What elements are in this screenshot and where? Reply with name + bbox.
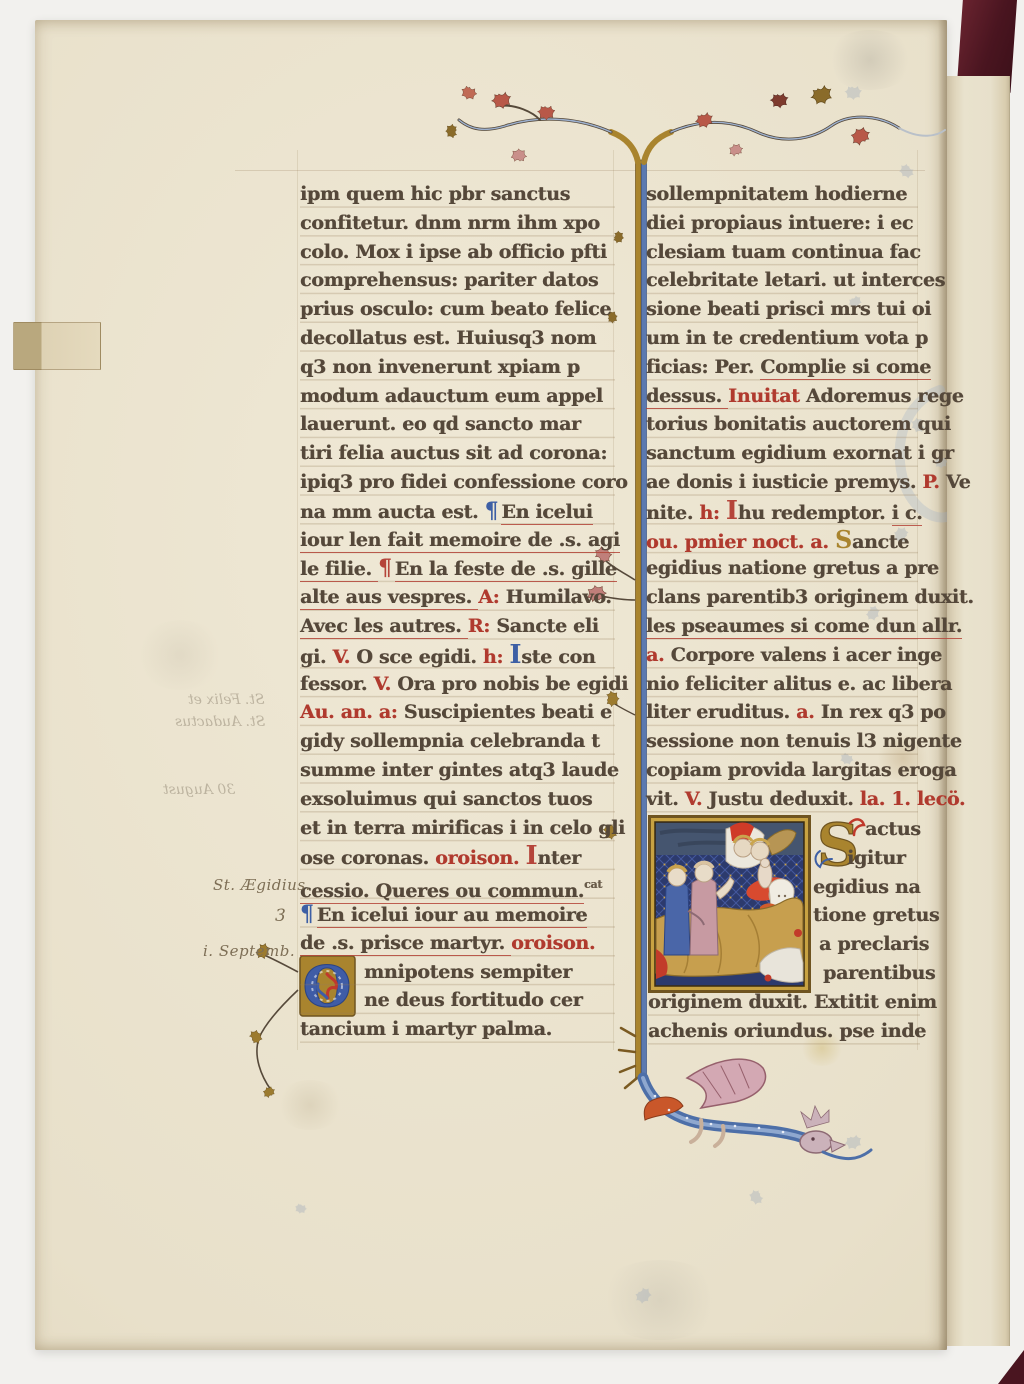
- showthrough-note: St. Felix et: [188, 692, 265, 708]
- manuscript-text-line: et in terra mirificas i in celo gli: [300, 814, 615, 843]
- text-segment: de .s. prisce martyr.: [300, 932, 511, 956]
- text-segment: I: [509, 640, 521, 670]
- manuscript-text-line: les pseaumes si come dun allr.: [646, 612, 918, 641]
- manuscript-text-line: sollempnitatem hodierne: [646, 180, 918, 209]
- manuscript-text-line: liter eruditus. a. In rex q3 po: [646, 698, 918, 727]
- miniature-birth-of-st-giles: [648, 815, 811, 993]
- manuscript-text-line: gidy sollempnia celebranda t: [300, 727, 615, 756]
- manuscript-text-line: cessio. Queres ou commun.cat: [300, 871, 615, 900]
- parchment-bookmark-tab: [13, 322, 101, 370]
- text-segment: egidius natione gretus a pre: [646, 557, 939, 579]
- text-segment: V.: [333, 646, 357, 668]
- manuscript-text-line: le filie. ¶En la feste de .s. gille: [300, 554, 615, 583]
- text-segment: ipm quem hic pbr sanctus: [300, 183, 570, 205]
- showthrough-note: St. Audactus: [175, 714, 265, 730]
- ruling-line: [297, 150, 298, 1050]
- manuscript-text-line: colo. Mox i ipse ab officio pfti: [300, 238, 615, 267]
- text-segment: ¶: [378, 555, 392, 581]
- text-segment: Suscipientes beati e: [404, 701, 612, 723]
- text-segment: torius bonitatis auctorem qui: [646, 413, 951, 435]
- text-segment: Corpore valens i acer inge: [671, 644, 942, 666]
- text-segment: sollempnitatem hodierne: [646, 183, 907, 205]
- manuscript-text-line: na mm aucta est. ¶En icelui: [300, 497, 615, 526]
- text-segment: lauerunt. eo qd sancto mar: [300, 413, 581, 435]
- left-text-column: ipm quem hic pbr sanctusconfitetur. dnm …: [300, 180, 615, 1044]
- text-segment: sione beati prisci mrs tui oi: [646, 298, 931, 320]
- text-segment: Adoremus rege: [806, 385, 964, 407]
- text-segment: V.: [373, 673, 397, 695]
- text-segment: achenis oriundus. pse inde: [648, 1020, 926, 1042]
- manuscript-text-line: fessor. V. Ora pro nobis be egidi: [300, 670, 615, 699]
- margin-flourish-mark: 3: [275, 906, 286, 926]
- manuscript-text-line: ipiq3 pro fidei confessione coro: [300, 468, 615, 497]
- manuscript-text-line: ose coronas. oroison. Inter: [300, 842, 615, 871]
- text-segment: confitetur. dnm nrm ihm xpo: [300, 212, 600, 234]
- text-segment: Justu deduxit.: [709, 788, 860, 810]
- text-segment: originem duxit. Extitit enim: [648, 991, 937, 1013]
- text-segment: um in te credentium vota p: [646, 327, 928, 349]
- text-segment: mnipotens sempiter: [364, 961, 572, 983]
- column-divider-bar: [636, 160, 647, 1078]
- text-segment: liter eruditus.: [646, 701, 796, 723]
- text-segment: A:: [478, 586, 505, 608]
- text-segment: h:: [483, 646, 510, 668]
- text-segment: h:: [699, 502, 726, 524]
- text-segment: i c.: [892, 502, 923, 526]
- manuscript-text-line: a preclaris: [813, 930, 947, 959]
- text-segment: a.: [646, 644, 671, 666]
- text-segment: Avec les autres.: [300, 615, 468, 639]
- manuscript-text-line: celebritate letari. ut interces: [646, 266, 918, 295]
- manuscript-text-line: tione gretus: [813, 901, 947, 930]
- text-segment: ste con: [521, 646, 595, 668]
- text-segment: Sancte eli: [496, 615, 598, 637]
- text-segment: modum adauctum eum appel: [300, 385, 603, 407]
- text-segment: clesiam tuam continua fac: [646, 241, 921, 263]
- right-column-beside-miniature: actusigituregidius natione gretusa precl…: [813, 815, 947, 988]
- manuscript-text-line: actus: [813, 815, 947, 844]
- manuscript-text-line: summe inter gintes atq3 laude: [300, 756, 615, 785]
- manuscript-text-line: ¶En icelui iour au memoire: [300, 900, 615, 929]
- text-segment: gidy sollempnia celebranda t: [300, 730, 600, 752]
- text-segment: egidius na: [813, 876, 920, 898]
- text-segment: R:: [468, 615, 497, 637]
- parchment-stain: [135, 620, 225, 690]
- text-segment: S: [835, 525, 852, 554]
- text-segment: vit.: [646, 788, 685, 810]
- text-segment: ose coronas.: [300, 847, 435, 869]
- margin-note-date: i. Septemb.: [203, 942, 295, 960]
- text-segment: nter: [537, 847, 581, 869]
- text-segment: ipiq3 pro fidei confessione coro: [300, 471, 627, 493]
- manuscript-text-line: lauerunt. eo qd sancto mar: [300, 410, 615, 439]
- text-segment: exsoluimus qui sanctos tuos: [300, 788, 592, 810]
- manuscript-text-line: um in te credentium vota p: [646, 324, 918, 353]
- text-segment: Humilavo.: [506, 586, 612, 608]
- manuscript-text-line: a. Corpore valens i acer inge: [646, 641, 918, 670]
- text-segment: sanctum egidium exornat i gr: [646, 442, 954, 464]
- manuscript-text-line: sanctum egidium exornat i gr: [646, 439, 918, 468]
- right-text-column: sollempnitatem hodiernediei propiaus int…: [646, 180, 918, 814]
- manuscript-text-line: igitur: [813, 844, 947, 873]
- text-segment: oroison.: [511, 932, 595, 954]
- manuscript-text-line: nite. h: Ihu redemptor. i c.: [646, 497, 918, 526]
- text-segment: O sce egidi.: [356, 646, 483, 668]
- text-segment: fessor.: [300, 673, 373, 695]
- text-segment: les pseaumes si come dun allr.: [646, 615, 962, 639]
- text-segment: nio feliciter alitus e. ac libera: [646, 673, 952, 695]
- manuscript-text-line: gi. V. O sce egidi. h: Iste con: [300, 641, 615, 670]
- text-segment: na mm aucta est.: [300, 501, 485, 523]
- text-segment: igitur: [847, 847, 906, 869]
- text-segment: ou. pmier noct. a.: [646, 531, 835, 553]
- text-segment: ancte: [852, 531, 909, 553]
- manuscript-text-line: ou. pmier noct. a. Sancte: [646, 526, 918, 555]
- text-segment: a.: [796, 701, 821, 723]
- text-segment: ¶: [300, 901, 314, 927]
- parchment-stain: [825, 30, 915, 90]
- manuscript-text-line: sessione non tenuis l3 nigente: [646, 727, 918, 756]
- manuscript-text-line: nio feliciter alitus e. ac libera: [646, 670, 918, 699]
- text-segment: I: [726, 496, 738, 526]
- text-segment: oroison.: [435, 847, 525, 869]
- text-segment: q3 non invenerunt xpiam p: [300, 356, 580, 378]
- manuscript-text-line: tiri felia auctus sit ad corona:: [300, 439, 615, 468]
- text-segment: En icelui iour au memoire: [317, 904, 588, 928]
- manuscript-text-line: ae donis i iusticie premys. P. Ve: [646, 468, 918, 497]
- text-segment: sessione non tenuis l3 nigente: [646, 730, 962, 752]
- manuscript-text-line: diei propiaus intuere: i ec: [646, 209, 918, 238]
- text-segment: a preclaris: [819, 933, 929, 955]
- text-segment: decollatus est. Huiusq3 nom: [300, 327, 596, 349]
- manuscript-text-line: achenis oriundus. pse inde: [648, 1017, 920, 1046]
- text-segment: comprehensus: pariter datos: [300, 269, 598, 291]
- manuscript-text-line: modum adauctum eum appel: [300, 382, 615, 411]
- right-column-below-miniature: originem duxit. Extitit enimachenis oriu…: [648, 988, 920, 1046]
- top-vine-decoration: [446, 84, 945, 162]
- text-segment: ficias: Per.: [646, 356, 760, 378]
- text-segment: copiam provida largitas eroga: [646, 759, 956, 781]
- manuscript-text-line: clesiam tuam continua fac: [646, 238, 918, 267]
- manuscript-text-line: clans parentib3 originem duxit.: [646, 583, 918, 612]
- text-segment: P.: [922, 471, 945, 493]
- text-segment: I: [525, 841, 537, 871]
- manuscript-text-line: mnipotens sempiter: [300, 958, 615, 987]
- text-segment: summe inter gintes atq3 laude: [300, 759, 619, 781]
- manuscript-text-line: torius bonitatis auctorem qui: [646, 410, 918, 439]
- manuscript-text-line: egidius na: [813, 873, 947, 902]
- manuscript-text-line: ficias: Per. Complie si come: [646, 353, 918, 382]
- manuscript-text-line: dessus. Inuitat Adoremus rege: [646, 382, 918, 411]
- manuscript-text-line: de .s. prisce martyr. oroison.: [300, 929, 615, 958]
- text-segment: gi.: [300, 646, 333, 668]
- next-page-edge: [947, 76, 1010, 1346]
- dragon-drollery: [619, 1028, 871, 1159]
- text-segment: Ve: [946, 471, 971, 493]
- text-segment: tancium i martyr palma.: [300, 1018, 552, 1040]
- text-segment: V.: [685, 788, 709, 810]
- text-segment: parentibus: [823, 962, 935, 984]
- text-segment: iour len fait memoire de .s. agi: [300, 529, 620, 553]
- text-segment: Au. an. a:: [300, 701, 404, 723]
- text-segment: dessus.: [646, 385, 728, 409]
- manuscript-text-line: comprehensus: pariter datos: [300, 266, 615, 295]
- text-segment: In rex q3 po: [821, 701, 946, 723]
- manuscript-text-line: tancium i martyr palma.: [300, 1015, 615, 1044]
- text-segment: le filie.: [300, 558, 378, 582]
- initial-vine-decoration: [248, 942, 298, 1100]
- manuscript-text-line: Avec les autres. R: Sancte eli: [300, 612, 615, 641]
- text-segment: et in terra mirificas i in celo gli: [300, 817, 625, 839]
- text-segment: ¶: [485, 498, 499, 524]
- text-segment: celebritate letari. ut interces: [646, 269, 945, 291]
- manuscript-text-line: egidius natione gretus a pre: [646, 554, 918, 583]
- manuscript-text-line: confitetur. dnm nrm ihm xpo: [300, 209, 615, 238]
- manuscript-text-line: exsoluimus qui sanctos tuos: [300, 785, 615, 814]
- text-segment: prius osculo: cum beato felice: [300, 298, 611, 320]
- photo-background: O S ipm quem hic pbr sanctusconfitetur. …: [0, 0, 1024, 1384]
- text-segment: clans parentib3 originem duxit.: [646, 586, 974, 608]
- manuscript-page: O S ipm quem hic pbr sanctusconfitetur. …: [35, 20, 947, 1350]
- manuscript-text-line: q3 non invenerunt xpiam p: [300, 353, 615, 382]
- text-segment: cat: [584, 878, 602, 891]
- text-segment: alte aus vespres.: [300, 586, 478, 610]
- manuscript-text-line: Au. an. a: Suscipientes beati e: [300, 698, 615, 727]
- manuscript-text-line: prius osculo: cum beato felice: [300, 295, 615, 324]
- manuscript-text-line: sione beati prisci mrs tui oi: [646, 295, 918, 324]
- parchment-stain: [595, 1260, 725, 1340]
- margin-note-saint-name: St. Ægidius.: [213, 876, 311, 894]
- text-segment: colo. Mox i ipse ab officio pfti: [300, 241, 607, 263]
- manuscript-text-line: originem duxit. Extitit enim: [648, 988, 920, 1017]
- manuscript-text-line: alte aus vespres. A: Humilavo.: [300, 583, 615, 612]
- manuscript-text-line: parentibus: [813, 959, 947, 988]
- text-segment: ne deus fortitudo cer: [364, 989, 582, 1011]
- text-segment: la. 1. lecö.: [860, 788, 965, 810]
- manuscript-text-line: ipm quem hic pbr sanctus: [300, 180, 615, 209]
- text-segment: En icelui: [501, 501, 592, 525]
- text-segment: tione gretus: [813, 904, 939, 926]
- text-segment: actus: [865, 818, 921, 840]
- parchment-stain: [275, 1080, 345, 1130]
- text-segment: Ora pro nobis be egidi: [397, 673, 628, 695]
- text-segment: Inuitat: [728, 385, 806, 407]
- manuscript-text-line: vit. V. Justu deduxit. la. 1. lecö.: [646, 785, 918, 814]
- manuscript-text-line: copiam provida largitas eroga: [646, 756, 918, 785]
- text-segment: diei propiaus intuere: i ec: [646, 212, 913, 234]
- text-segment: ae donis i iusticie premys.: [646, 471, 922, 493]
- text-segment: tiri felia auctus sit ad corona:: [300, 442, 607, 464]
- text-segment: En la feste de .s. gille: [395, 558, 617, 582]
- text-segment: hu redemptor.: [738, 502, 892, 524]
- text-segment: nite.: [646, 502, 699, 524]
- ruling-line: [235, 170, 925, 171]
- manuscript-text-line: decollatus est. Huiusq3 nom: [300, 324, 615, 353]
- manuscript-text-line: ne deus fortitudo cer: [300, 986, 615, 1015]
- manuscript-text-line: iour len fait memoire de .s. agi: [300, 526, 615, 555]
- showthrough-note: 30 August: [163, 782, 235, 798]
- text-segment: Complie si come: [760, 356, 931, 380]
- book-binding-bottom: [998, 1350, 1024, 1384]
